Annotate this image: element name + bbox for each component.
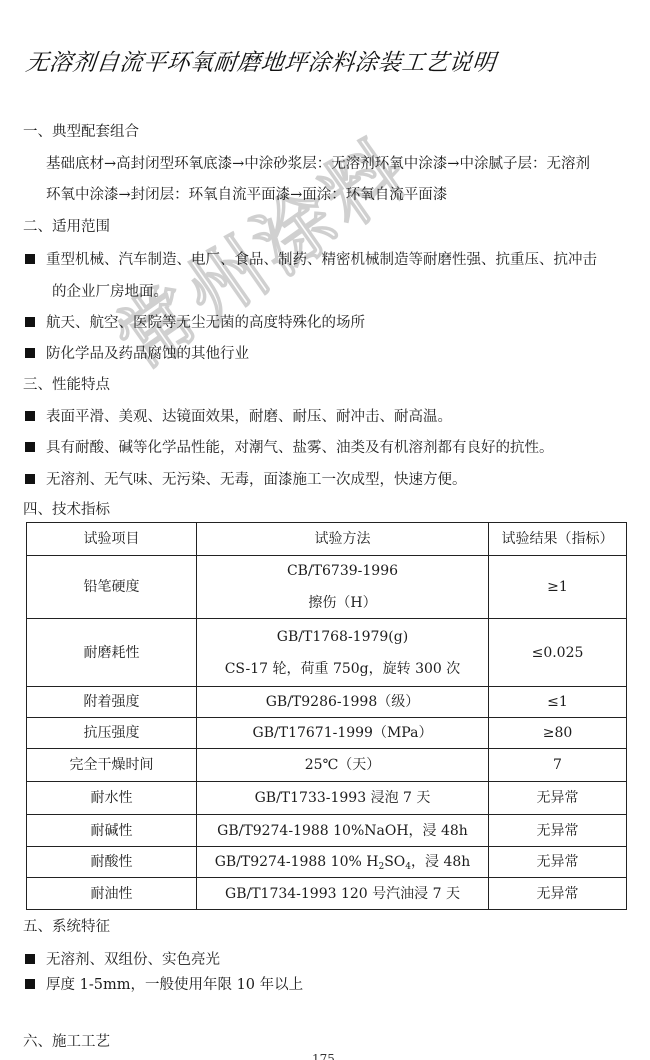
- bullet-item: 航天、航空、医院等无尘无菌的高度特殊化的场所: [25, 314, 365, 332]
- table-row: 耐碱性 GB/T9274-1988 10%NaOH，浸 48h 无异常: [27, 815, 627, 847]
- section-heading-4: 四、技术指标: [23, 501, 110, 519]
- bullet-item: 重型机械、汽车制造、电厂、食品、制药、精密机械制造等耐磨性强、抗重压、抗冲击: [25, 251, 597, 269]
- table-header-cell: 试验结果（指标）: [489, 523, 627, 556]
- method-line: CB/T6739-1996: [197, 562, 488, 580]
- table-row: 耐油性 GB/T1734-1993 120 号汽油浸 7 天 无异常: [27, 878, 627, 910]
- bullet-text: 厚度 1-5mm，一般使用年限 10 年以上: [46, 977, 303, 993]
- method-line: 擦伤（H）: [197, 594, 488, 612]
- bullet-text: 表面平滑、美观、达镜面效果，耐磨、耐压、耐冲击、耐高温。: [46, 409, 452, 425]
- item-cell: 耐磨耗性: [27, 619, 197, 687]
- bullet-continuation: 的企业厂房地面。: [52, 283, 168, 301]
- method-cell: GB/T17671-1999（MPa）: [197, 718, 489, 749]
- table-header-cell: 试验方法: [197, 523, 489, 556]
- section-heading-1: 一、典型配套组合: [23, 123, 139, 141]
- result-cell: ≥80: [489, 718, 627, 749]
- section-heading-5: 五、系统特征: [23, 918, 110, 936]
- square-bullet-icon: [25, 254, 35, 264]
- page-number: 175: [312, 1052, 335, 1060]
- bullet-text: 防化学品及药品腐蚀的其他行业: [46, 346, 249, 362]
- method-cell: GB/T1768-1979(g) CS-17 轮，荷重 750g，旋转 300 …: [197, 619, 489, 687]
- table-row: 耐酸性 GB/T9274-1988 10% H2SO4，浸 48h 无异常: [27, 847, 627, 878]
- table-row: 铅笔硬度 CB/T6739-1996 擦伤（H） ≥1: [27, 556, 627, 619]
- method-cell: 25℃（天）: [197, 749, 489, 782]
- item-cell: 耐酸性: [27, 847, 197, 878]
- section-heading-2: 二、适用范围: [23, 218, 110, 236]
- item-cell: 抗压强度: [27, 718, 197, 749]
- bullet-item: 具有耐酸、碱等化学品性能，对潮气、盐雾、油类及有机溶剂都有良好的抗性。: [25, 439, 554, 457]
- bullet-text: 重型机械、汽车制造、电厂、食品、制药、精密机械制造等耐磨性强、抗重压、抗冲击: [46, 252, 597, 268]
- table-row: 抗压强度 GB/T17671-1999（MPa） ≥80: [27, 718, 627, 749]
- bullet-item: 无溶剂、双组份、实色亮光: [25, 951, 220, 969]
- result-cell: ≥1: [489, 556, 627, 619]
- result-cell: 无异常: [489, 847, 627, 878]
- square-bullet-icon: [25, 979, 35, 989]
- table-header-row: 试验项目 试验方法 试验结果（指标）: [27, 523, 627, 556]
- square-bullet-icon: [25, 348, 35, 358]
- bullet-item: 无溶剂、无气味、无污染、无毒，面漆施工一次成型，快速方便。: [25, 471, 467, 489]
- paragraph-line: 环氧中涂漆→封闭层：环氧自流平面漆→面涂：环氧自流平面漆: [46, 186, 447, 204]
- paragraph-line: 基础底材→高封闭型环氧底漆→中涂砂浆层：无溶剂环氧中涂漆→中涂腻子层：无溶剂: [46, 155, 590, 173]
- result-cell: ≤0.025: [489, 619, 627, 687]
- bullet-item: 防化学品及药品腐蚀的其他行业: [25, 345, 249, 363]
- section-heading-6: 六、施工工艺: [23, 1033, 110, 1051]
- method-cell: GB/T9274-1988 10% H2SO4，浸 48h: [197, 847, 489, 878]
- table-row: 完全干燥时间 25℃（天） 7: [27, 749, 627, 782]
- result-cell: 7: [489, 749, 627, 782]
- method-cell: GB/T9286-1998（级）: [197, 687, 489, 718]
- table-row: 耐水性 GB/T1733-1993 浸泡 7 天 无异常: [27, 782, 627, 815]
- square-bullet-icon: [25, 954, 35, 964]
- document-page: 常州涂料 无溶剂自流平环氧耐磨地坪涂料涂装工艺说明 一、典型配套组合 基础底材→…: [0, 0, 650, 1060]
- method-cell: GB/T1734-1993 120 号汽油浸 7 天: [197, 878, 489, 910]
- square-bullet-icon: [25, 442, 35, 452]
- method-line: GB/T1768-1979(g): [197, 628, 488, 646]
- spec-table: 试验项目 试验方法 试验结果（指标） 铅笔硬度 CB/T6739-1996 擦伤…: [26, 522, 627, 910]
- square-bullet-icon: [25, 317, 35, 327]
- method-text: SO: [384, 854, 405, 870]
- square-bullet-icon: [25, 474, 35, 484]
- result-cell: 无异常: [489, 815, 627, 847]
- bullet-text: 无溶剂、双组份、实色亮光: [46, 952, 220, 968]
- bullet-item: 厚度 1-5mm，一般使用年限 10 年以上: [25, 976, 303, 994]
- table-row: 附着强度 GB/T9286-1998（级） ≤1: [27, 687, 627, 718]
- bullet-item: 表面平滑、美观、达镜面效果，耐磨、耐压、耐冲击、耐高温。: [25, 408, 452, 426]
- item-cell: 完全干燥时间: [27, 749, 197, 782]
- item-cell: 耐水性: [27, 782, 197, 815]
- result-cell: 无异常: [489, 782, 627, 815]
- method-text: GB/T9274-1988 10% H: [215, 854, 379, 870]
- bullet-text: 航天、航空、医院等无尘无菌的高度特殊化的场所: [46, 315, 365, 331]
- result-cell: ≤1: [489, 687, 627, 718]
- item-cell: 耐碱性: [27, 815, 197, 847]
- square-bullet-icon: [25, 411, 35, 421]
- document-title: 无溶剂自流平环氧耐磨地坪涂料涂装工艺说明: [24, 44, 497, 77]
- method-cell: GB/T9274-1988 10%NaOH，浸 48h: [197, 815, 489, 847]
- bullet-text: 具有耐酸、碱等化学品性能，对潮气、盐雾、油类及有机溶剂都有良好的抗性。: [46, 440, 554, 456]
- method-cell: GB/T1733-1993 浸泡 7 天: [197, 782, 489, 815]
- method-text: ，浸 48h: [411, 854, 470, 870]
- method-line: CS-17 轮，荷重 750g，旋转 300 次: [197, 660, 488, 678]
- result-cell: 无异常: [489, 878, 627, 910]
- item-cell: 铅笔硬度: [27, 556, 197, 619]
- table-header-cell: 试验项目: [27, 523, 197, 556]
- item-cell: 附着强度: [27, 687, 197, 718]
- section-heading-3: 三、性能特点: [23, 376, 110, 394]
- item-cell: 耐油性: [27, 878, 197, 910]
- method-cell: CB/T6739-1996 擦伤（H）: [197, 556, 489, 619]
- bullet-text: 无溶剂、无气味、无污染、无毒，面漆施工一次成型，快速方便。: [46, 472, 467, 488]
- table-row: 耐磨耗性 GB/T1768-1979(g) CS-17 轮，荷重 750g，旋转…: [27, 619, 627, 687]
